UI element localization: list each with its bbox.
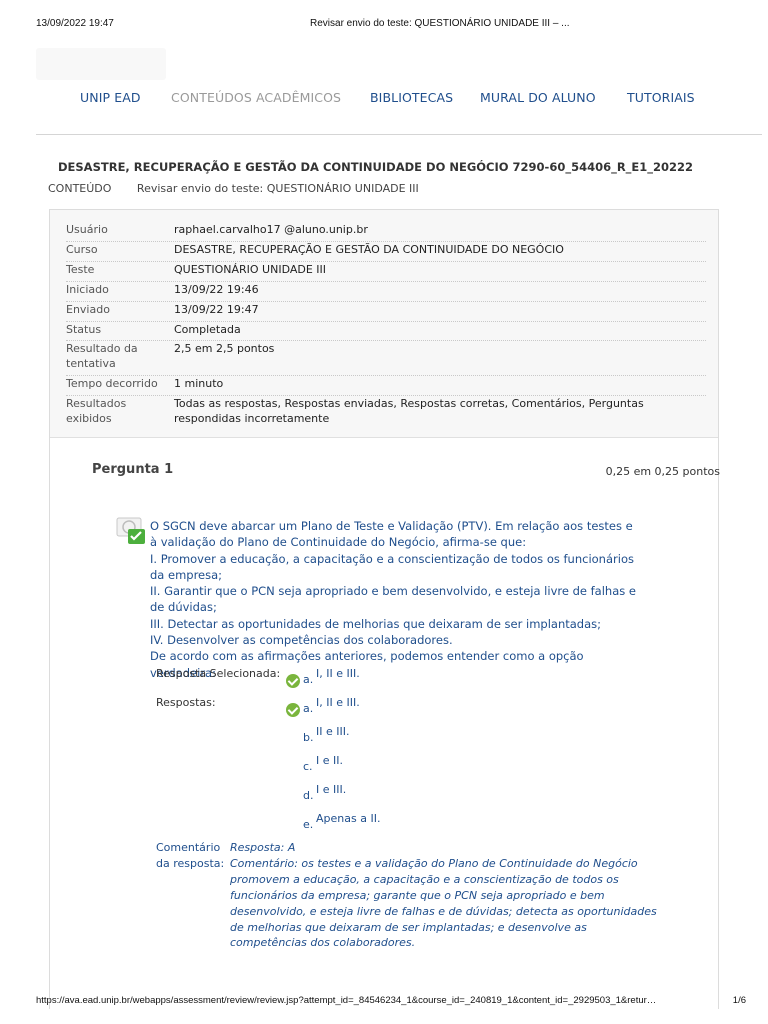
unip-logo[interactable] bbox=[36, 48, 166, 80]
info-label: Usuário bbox=[66, 222, 166, 237]
correct-check-icon bbox=[286, 674, 300, 688]
info-label: Teste bbox=[66, 262, 166, 277]
breadcrumb: CONTEÚDO Revisar envio do teste: QUESTIO… bbox=[48, 182, 419, 195]
course-title: DESASTRE, RECUPERAÇÃO E GESTÃO DA CONTIN… bbox=[58, 160, 693, 174]
option-b-text: II e III. bbox=[316, 725, 349, 738]
info-row-usuario: Usuário raphael.carvalho17 @aluno.unip.b… bbox=[66, 222, 706, 242]
option-b-letter: b. bbox=[303, 731, 313, 744]
question-header: Pergunta 1 0,25 em 0,25 pontos bbox=[92, 462, 692, 477]
statement-iii: III. Detectar as oportunidades de melhor… bbox=[150, 616, 640, 632]
info-label: Iniciado bbox=[66, 282, 166, 297]
option-e-letter: e. bbox=[303, 818, 313, 831]
print-footer-page: 1/6 bbox=[733, 995, 746, 1006]
question-text: O SGCN deve abarcar um Plano de Teste e … bbox=[150, 518, 640, 681]
selected-option-letter: a. bbox=[303, 673, 313, 686]
option-d-text: I e III. bbox=[316, 783, 346, 796]
nav-bibliotecas[interactable]: BIBLIOTECAS bbox=[370, 90, 453, 105]
info-value: QUESTIONÁRIO UNIDADE III bbox=[174, 262, 694, 277]
nav-mural-do-aluno[interactable]: MURAL DO ALUNO bbox=[480, 90, 596, 105]
statement-iv: IV. Desenvolver as competências dos cola… bbox=[150, 632, 640, 648]
info-row-resultados-exibidos: Resultados exibidos Todas as respostas, … bbox=[66, 396, 706, 430]
option-e-text: Apenas a II. bbox=[316, 812, 380, 825]
info-value: Todas as respostas, Respostas enviadas, … bbox=[174, 396, 694, 426]
selected-answer-label: Resposta Selecionada: bbox=[156, 667, 280, 680]
print-title: Revisar envio do teste: QUESTIONÁRIO UNI… bbox=[310, 18, 570, 29]
info-label: Tempo decorrido bbox=[66, 376, 166, 391]
correct-check-icon bbox=[286, 703, 300, 717]
info-value: 1 minuto bbox=[174, 376, 694, 391]
option-d-letter: d. bbox=[303, 789, 313, 802]
breadcrumb-current: Revisar envio do teste: QUESTIONÁRIO UNI… bbox=[137, 182, 419, 195]
info-row-tempo: Tempo decorrido 1 minuto bbox=[66, 376, 706, 396]
info-label: Enviado bbox=[66, 302, 166, 317]
option-a-text: I, II e III. bbox=[316, 696, 360, 709]
review-container: Usuário raphael.carvalho17 @aluno.unip.b… bbox=[49, 209, 719, 1009]
comment-answer: Resposta: A bbox=[230, 840, 660, 856]
info-value: raphael.carvalho17 @aluno.unip.br bbox=[174, 222, 694, 237]
info-row-curso: Curso DESASTRE, RECUPERAÇÃO E GESTÃO DA … bbox=[66, 242, 706, 262]
breadcrumb-conteudo[interactable]: CONTEÚDO bbox=[48, 182, 111, 195]
answers-label: Respostas: bbox=[156, 696, 216, 709]
info-row-iniciado: Iniciado 13/09/22 19:46 bbox=[66, 282, 706, 302]
attempt-info-panel: Usuário raphael.carvalho17 @aluno.unip.b… bbox=[50, 210, 718, 438]
info-row-resultado: Resultado da tentativa 2,5 em 2,5 pontos bbox=[66, 341, 706, 376]
info-value: 13/09/22 19:47 bbox=[174, 302, 694, 317]
correct-check-icon bbox=[116, 517, 148, 549]
nav-unip-ead[interactable]: UNIP EAD bbox=[80, 90, 141, 105]
info-value: Completada bbox=[174, 322, 694, 337]
nav-tutoriais[interactable]: TUTORIAIS bbox=[627, 90, 695, 105]
info-row-enviado: Enviado 13/09/22 19:47 bbox=[66, 302, 706, 322]
info-label: Resultados exibidos bbox=[66, 396, 166, 426]
info-label: Resultado da tentativa bbox=[66, 341, 166, 371]
statement-ii: II. Garantir que o PCN seja apropriado e… bbox=[150, 583, 640, 616]
print-date: 13/09/2022 19:47 bbox=[36, 18, 114, 29]
info-value: 2,5 em 2,5 pontos bbox=[174, 341, 694, 356]
comment-body: Comentário: os testes e a validação do P… bbox=[230, 856, 660, 951]
option-c-text: I e II. bbox=[316, 754, 343, 767]
info-value: DESASTRE, RECUPERAÇÃO E GESTÃO DA CONTIN… bbox=[174, 242, 694, 257]
option-a-letter: a. bbox=[303, 702, 313, 715]
info-label: Curso bbox=[66, 242, 166, 257]
info-row-teste: Teste QUESTIONÁRIO UNIDADE III bbox=[66, 262, 706, 282]
question-stem: O SGCN deve abarcar um Plano de Teste e … bbox=[150, 518, 640, 551]
comment-label: Comentário da resposta: bbox=[156, 840, 226, 872]
nav-conteudos-academicos[interactable]: CONTEÚDOS ACADÊMICOS bbox=[171, 90, 341, 105]
info-row-status: Status Completada bbox=[66, 322, 706, 341]
nav-divider bbox=[36, 134, 762, 135]
option-c-letter: c. bbox=[303, 760, 313, 773]
selected-option-text: I, II e III. bbox=[316, 667, 360, 680]
question-title: Pergunta 1 bbox=[92, 462, 692, 477]
info-value: 13/09/22 19:46 bbox=[174, 282, 694, 297]
info-label: Status bbox=[66, 322, 166, 337]
print-footer-url: https://ava.ead.unip.br/webapps/assessme… bbox=[36, 995, 656, 1006]
comment-text: Resposta: A Comentário: os testes e a va… bbox=[230, 840, 660, 951]
question-points: 0,25 em 0,25 pontos bbox=[606, 465, 720, 478]
statement-i: I. Promover a educação, a capacitação e … bbox=[150, 551, 640, 584]
